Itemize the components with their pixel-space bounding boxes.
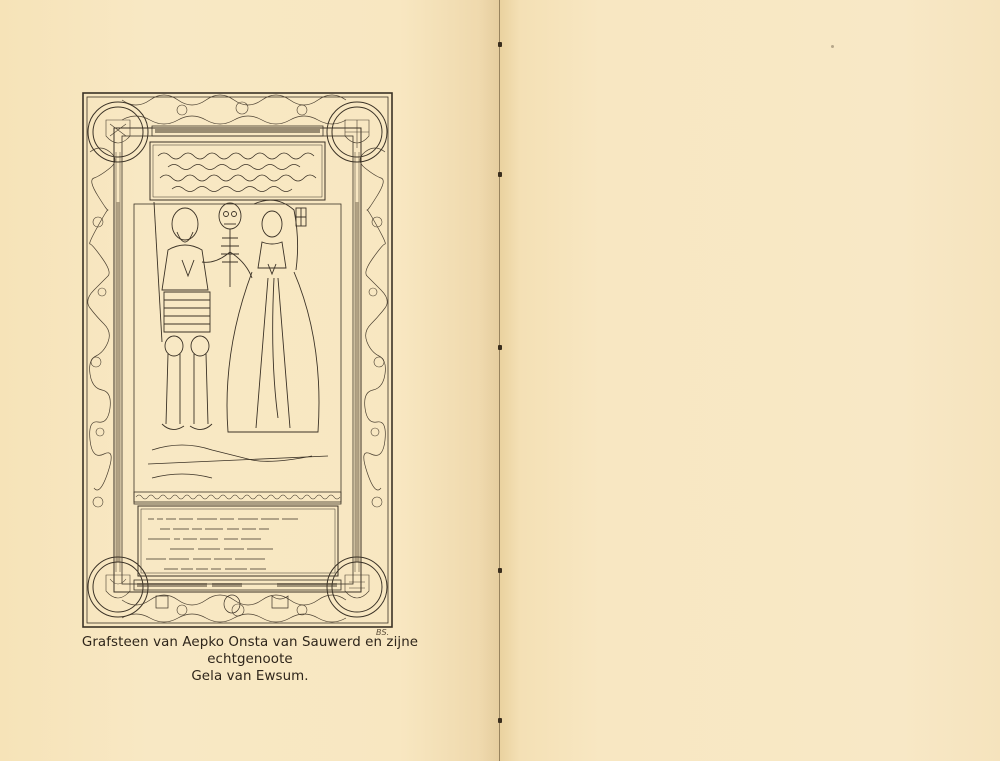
paper-fleck (831, 45, 834, 48)
binding-stitch (498, 718, 502, 723)
binding-stitch (498, 172, 502, 177)
binding-stitch (498, 345, 502, 350)
caption-line: Grafsteen van Aepko Onsta van Sauwerd en… (40, 634, 460, 668)
binding-stitch (498, 42, 502, 47)
binding-stitch (498, 568, 502, 573)
caption-line: Gela van Ewsum. (40, 668, 460, 685)
right-page: Het beoogt enkel het behoud en de veilig… (500, 0, 1000, 761)
left-page: BS. Grafsteen van Aepko Onsta van Sauwer… (0, 0, 500, 761)
book-spread: BS. Grafsteen van Aepko Onsta van Sauwer… (0, 0, 1000, 761)
figure-caption: Grafsteen van Aepko Onsta van Sauwerd en… (40, 634, 460, 685)
book-gutter (499, 0, 500, 761)
tombstone-engraving (82, 92, 393, 628)
